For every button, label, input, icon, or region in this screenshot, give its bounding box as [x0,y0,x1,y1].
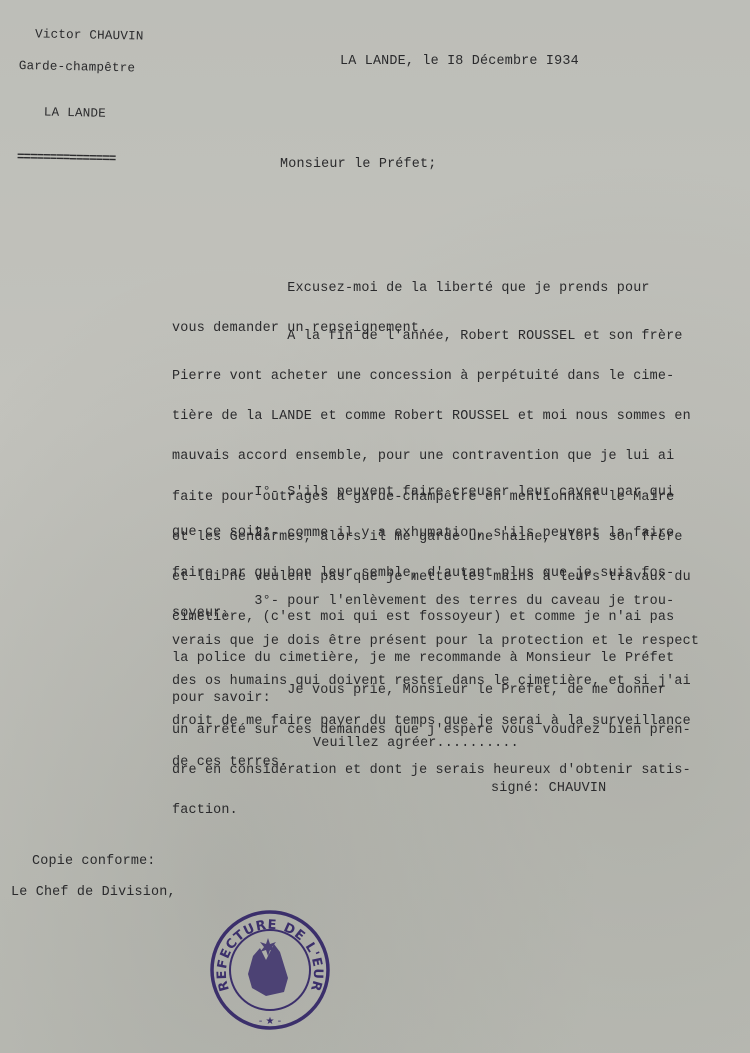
text-line: tière de la LANDE et comme Robert ROUSSE… [172,410,750,423]
salutation: Monsieur le Préfet; [280,158,436,171]
prefecture-stamp: PREFECTURE DE L'EURE - ★ - [208,908,332,1032]
sender-place: LA LANDE [18,106,142,122]
text-line: verais que je dois être présent pour la … [172,635,750,648]
text-line: faction. [172,804,750,817]
sender-block: Victor CHAUVIN Garde-champêtre LA LANDE … [16,10,144,182]
text-line: Excusez-moi de la liberté que je prends … [172,282,750,295]
sender-name: Victor CHAUVIN [35,27,144,43]
division-chief: Le Chef de Division, [11,886,176,899]
emblem-icon [248,938,288,996]
text-line: I°- S'ils peuvent faire creuser leur cav… [172,486,750,499]
text-line: 3°- pour l'enlèvement des terres du cave… [172,595,750,608]
text-line: dre en considération et dont je serais h… [172,764,750,777]
sender-rule: =============== [17,151,141,166]
text-line: A la fin de l'année, Robert ROUSSEL et s… [172,330,750,343]
stamp-bottom-marks: - ★ - [259,1016,282,1027]
text-line: Pierre vont acheter une concession à per… [172,370,750,383]
stamp-seal-icon: PREFECTURE DE L'EURE - ★ - [208,908,332,1032]
date-line: LA LANDE, le I8 Décembre I934 [340,55,579,68]
closing-formula: Veuillez agréer.......... [313,737,519,750]
signature: signé: CHAUVIN [491,782,606,795]
text-line: 2°- comme il y a exhumation, s'ils peuve… [172,527,750,540]
copy-note: Copie conforme: [32,855,156,868]
sender-title: Garde-champêtre [19,58,143,77]
text-line: Je vous prie, Monsieur le Préfet, de me … [172,684,750,697]
